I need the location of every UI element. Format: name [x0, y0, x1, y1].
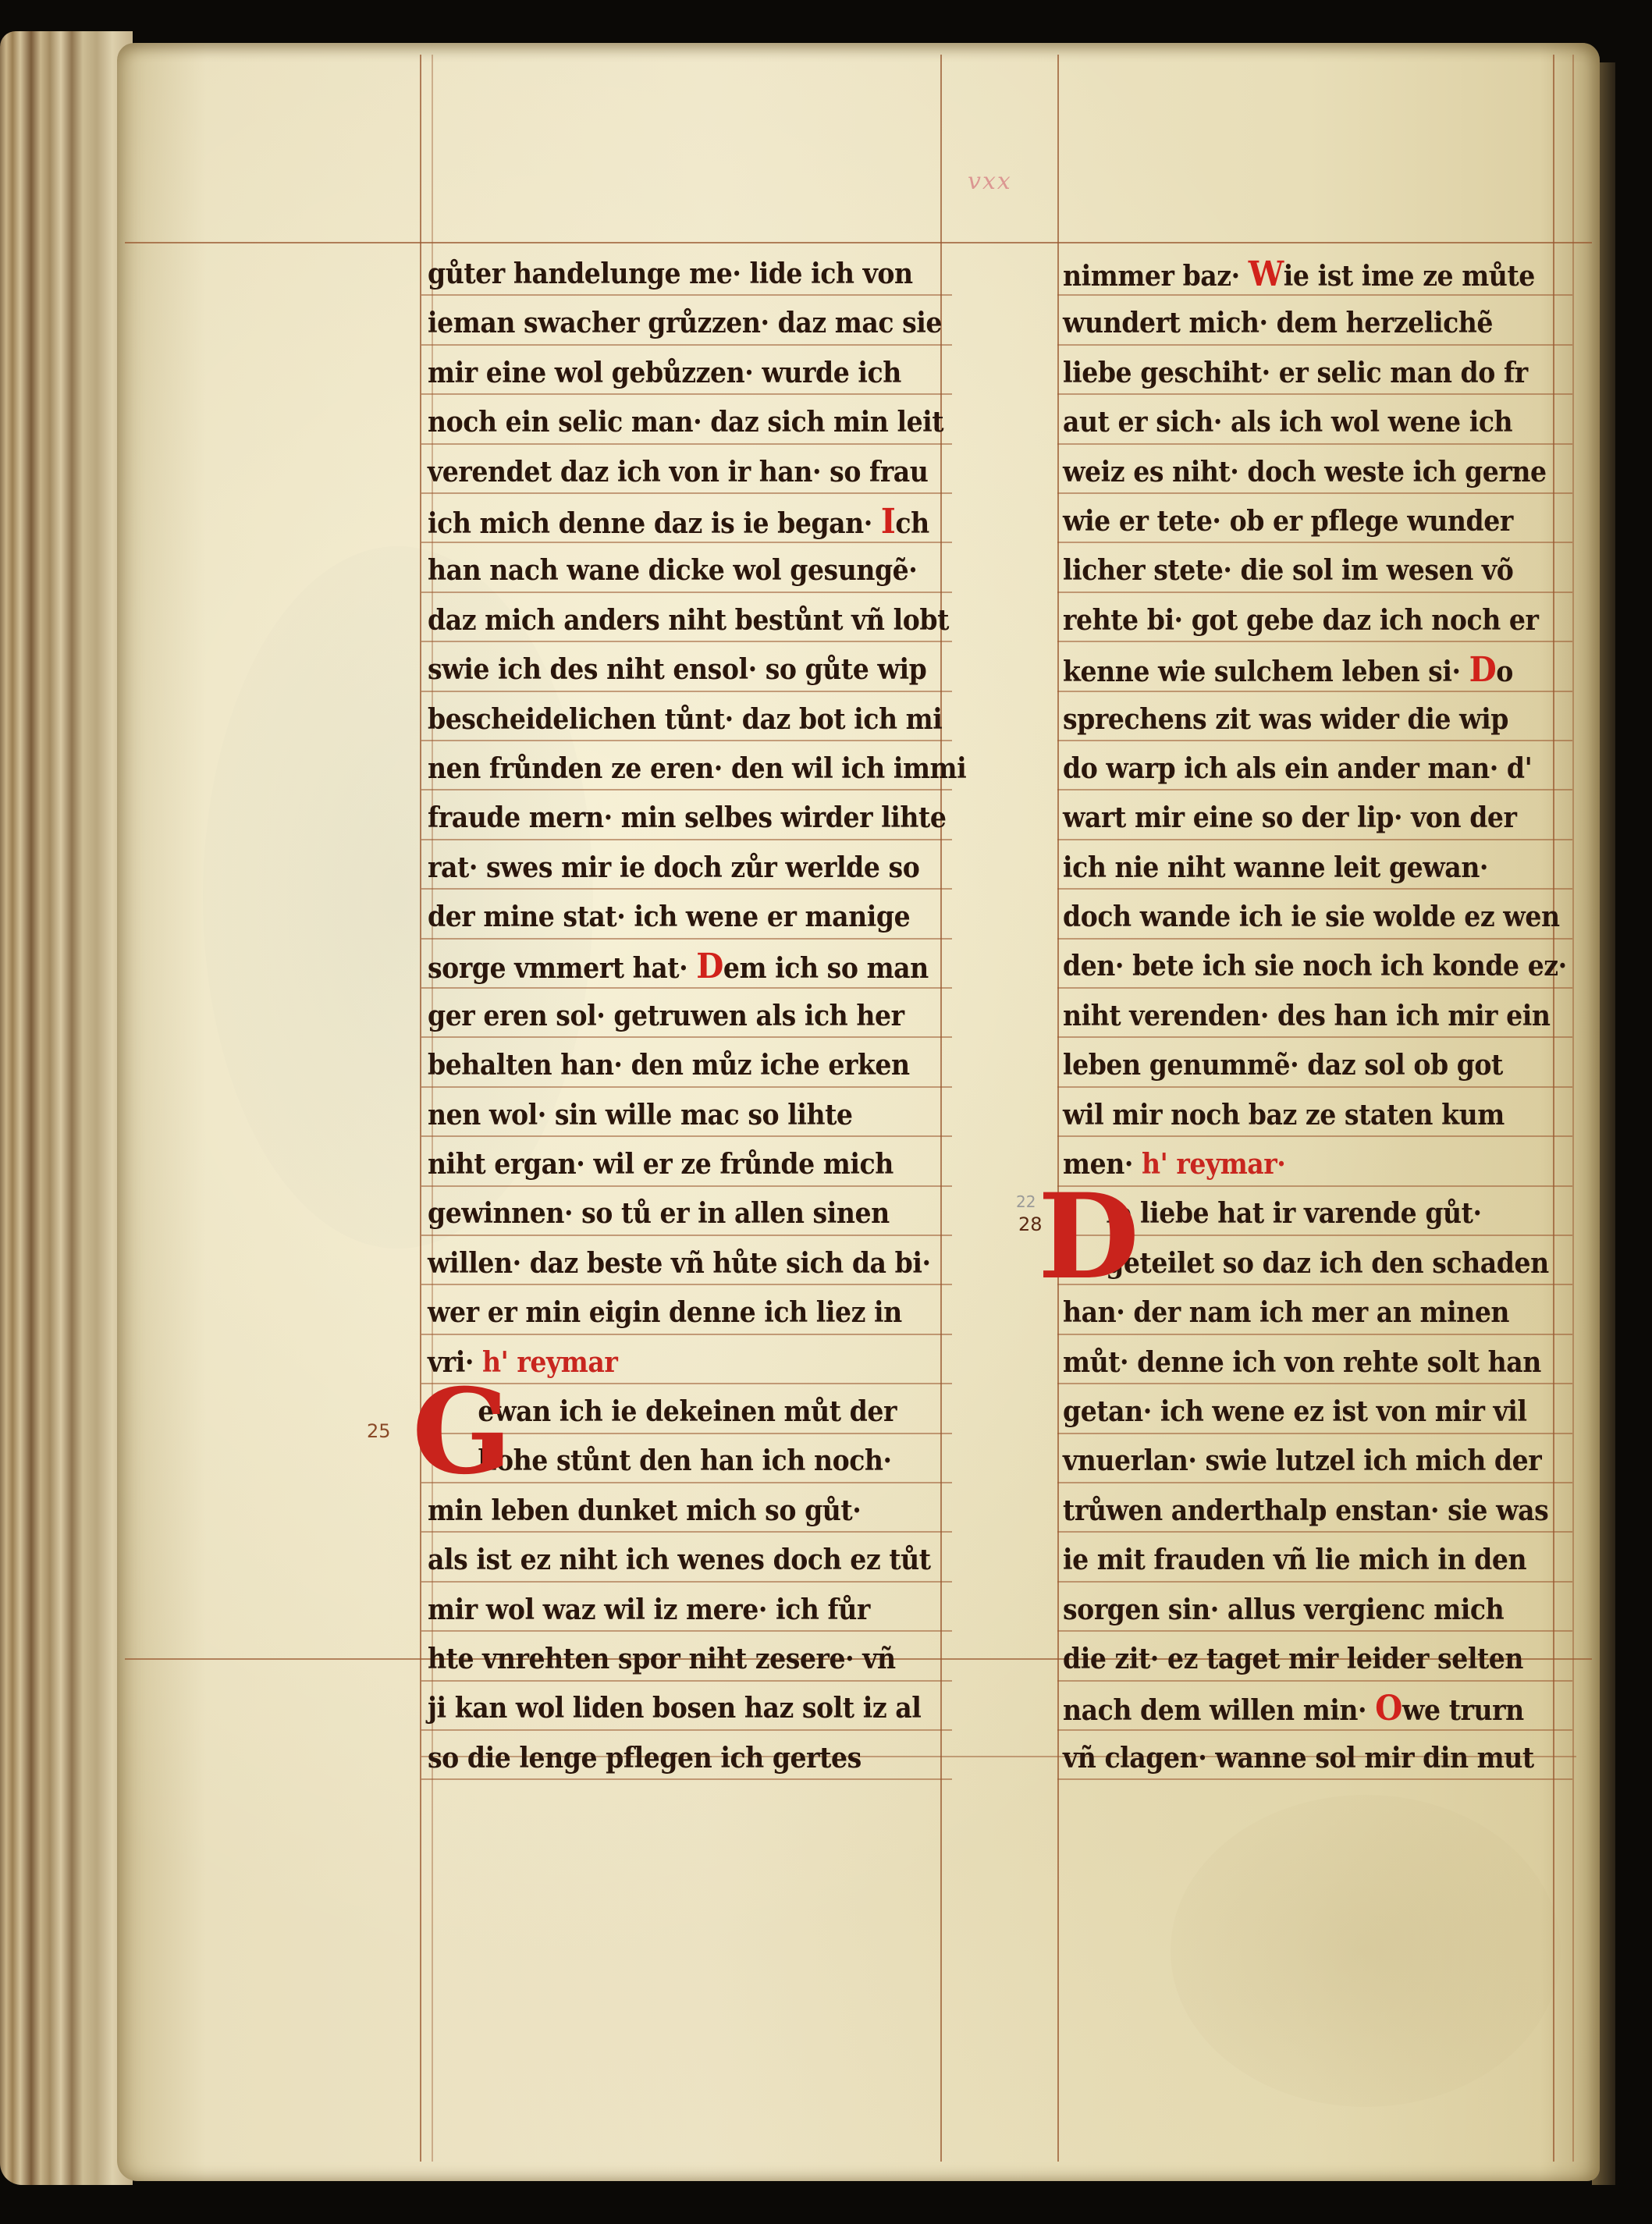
folio-number: vxx [968, 168, 1012, 195]
ruling-line-top [125, 242, 1592, 243]
line-text: aut er sich· als ich wol wene ich [1063, 406, 1512, 439]
manuscript-line: leben genummẽ· daz sol ob got [1063, 1041, 1558, 1090]
manuscript-line: rehte bi· got gebe daz ich noch er [1063, 596, 1558, 645]
line-text: vnuerlan· swie lutzel ich mich der [1063, 1444, 1541, 1477]
line-text: wer er min eigin denne ich liez in [428, 1296, 902, 1329]
line-text: wart mir eine so der lip· von der [1063, 801, 1516, 834]
line-text: trůwen anderthalp enstan· sie was [1063, 1494, 1548, 1527]
line-text: nimmer baz· [1063, 260, 1249, 293]
manuscript-line: ich nie niht wanne leit gewan· [1063, 844, 1558, 893]
manuscript-line: verendet daz ich von ir han· so frau [428, 448, 916, 497]
book-page-edges [0, 31, 133, 2185]
manuscript-line: hte vnrehten spor niht zesere· vñ [428, 1635, 916, 1684]
line-text: ger eren sol· getruwen als ich her [428, 1000, 904, 1032]
line-text: licher stete· die sol im wesen võ [1063, 554, 1513, 587]
line-text: wundert mich· dem herzelichẽ [1063, 307, 1493, 339]
rubricated-initial: O [1375, 1689, 1402, 1728]
manuscript-line: ger eren sol· getruwen als ich her [428, 992, 916, 1041]
line-text: ich nie niht wanne leit gewan· [1063, 851, 1488, 884]
line-text: vñ clagen· wanne sol mir din mut [1063, 1742, 1534, 1775]
manuscript-line: ich mich denne daz is ie began· Ich [428, 497, 916, 546]
manuscript-line: daz mich anders niht bestůnt vñ lobt [428, 596, 916, 645]
parchment-stain [1171, 1795, 1561, 2107]
manuscript-line: wart mir eine so der lip· von der [1063, 794, 1558, 843]
line-text: nen wol· sin wille mac so lihte [428, 1099, 853, 1132]
manuscript-line: trůwen anderthalp enstan· sie was [1063, 1487, 1558, 1536]
line-text: mir wol waz wil iz mere· ich fůr [428, 1593, 870, 1626]
line-text: fraude mern· min selbes wirder lihte [428, 801, 946, 834]
manuscript-line: kenne wie sulchem leben si· Do [1063, 645, 1558, 695]
line-text: rat· swes mir ie doch zůr werlde so [428, 851, 919, 884]
line-text: nen frůnden ze eren· den wil ich immi [428, 752, 966, 785]
manuscript-line: wer er min eigin denne ich liez in [428, 1288, 916, 1338]
line-text: die zit· ez taget mir leider selten [1063, 1643, 1523, 1675]
line-text: ieman swacher grůzzen· daz mac sie [428, 307, 942, 339]
line-text: gůter handelunge me· lide ich von [428, 258, 913, 290]
line-text: hte vnrehten spor niht zesere· vñ [428, 1643, 896, 1675]
line-text: leben genummẽ· daz sol ob got [1063, 1049, 1503, 1082]
manuscript-line: so die lenge pflegen ich gertes [428, 1734, 916, 1783]
line-text: han nach wane dicke wol gesungẽ· [428, 554, 917, 587]
manuscript-line: han nach wane dicke wol gesungẽ· [428, 546, 916, 595]
manuscript-line: můt· denne ich von rehte solt han [1063, 1338, 1558, 1387]
ruling-line-vertical [420, 55, 421, 2162]
rubricated-initial: W [1249, 254, 1284, 294]
manuscript-line: wie er tete· ob er pflege wunder [1063, 497, 1558, 546]
line-text: doch wande ich ie sie wolde ez wen [1063, 901, 1560, 933]
line-text: willen· daz beste vñ hůte sich da bi· [428, 1247, 931, 1280]
rubricated-initial: D [1469, 650, 1497, 690]
line-text: ch [895, 507, 929, 540]
manuscript-line: wil mir noch baz ze staten kum [1063, 1091, 1558, 1140]
right-column: nimmer baz· Wie ist ime ze můtewundert m… [1063, 250, 1601, 1783]
ruling-line-vertical [1057, 55, 1059, 2162]
manuscript-line: wundert mich· dem herzelichẽ [1063, 299, 1558, 348]
margin-note-pencil: 22 [1016, 1192, 1036, 1211]
decorated-initial-g: G [412, 1373, 512, 1490]
line-text: em ich so man [723, 952, 929, 985]
line-text: sorgen sin· allus vergienc mich [1063, 1593, 1504, 1626]
manuscript-line: getan· ich wene ez ist von mir vil [1063, 1387, 1558, 1437]
line-text: wil mir noch baz ze staten kum [1063, 1099, 1505, 1132]
line-text: als ist ez niht ich wenes doch ez tůt [428, 1544, 931, 1576]
manuscript-line: willen· daz beste vñ hůte sich da bi· [428, 1239, 916, 1288]
line-text: niht ergan· wil er ze frůnde mich [428, 1148, 894, 1181]
line-text: ie ist ime ze můte [1284, 260, 1535, 293]
line-text: liebe geschiht· er selic man do fr [1063, 357, 1528, 389]
line-text: so die lenge pflegen ich gertes [428, 1742, 862, 1775]
manuscript-line: fraude mern· min selbes wirder lihte [428, 794, 916, 843]
line-text: behalten han· den můz iche erken [428, 1049, 910, 1082]
line-text: ie liebe hat ir varende gůt· [1106, 1197, 1481, 1230]
line-text: verendet daz ich von ir han· so frau [428, 456, 928, 488]
line-text: ji kan wol liden bosen haz solt iz al [428, 1692, 921, 1725]
line-text: getan· ich wene ez ist von mir vil [1063, 1395, 1527, 1428]
manuscript-line: nen wol· sin wille mac so lihte [428, 1091, 916, 1140]
rubric-attribution: h' reymar· [1142, 1148, 1285, 1181]
manuscript-line: do warp ich als ein ander man· d' [1063, 744, 1558, 794]
manuscript-line: der mine stat· ich wene er manige [428, 893, 916, 942]
rubricated-initial: D [696, 947, 723, 986]
line-text: rehte bi· got gebe daz ich noch er [1063, 604, 1539, 637]
manuscript-line: mir wol waz wil iz mere· ich fůr [428, 1586, 916, 1635]
line-text: gewinnen· so tů er in allen sinen [428, 1197, 890, 1230]
margin-note-ink: 28 [1018, 1213, 1043, 1235]
manuscript-line: rat· swes mir ie doch zůr werlde so [428, 844, 916, 893]
line-text: geteilet so daz ich den schaden [1106, 1247, 1548, 1280]
manuscript-line: vñ clagen· wanne sol mir din mut [1063, 1734, 1558, 1783]
manuscript-line: liebe geschiht· er selic man do fr [1063, 349, 1558, 398]
line-text: o [1496, 655, 1513, 688]
manuscript-line: swie ich des niht ensol· so gůte wip [428, 645, 916, 695]
manuscript-line: nen frůnden ze eren· den wil ich immi [428, 744, 916, 794]
line-text: weiz es niht· doch weste ich gerne [1063, 456, 1547, 488]
manuscript-line: nach dem willen min· Owe trurn [1063, 1684, 1558, 1733]
line-text: můt· denne ich von rehte solt han [1063, 1346, 1541, 1379]
manuscript-line: doch wande ich ie sie wolde ez wen [1063, 893, 1558, 942]
manuscript-line: als ist ez niht ich wenes doch ez tůt [428, 1536, 916, 1585]
line-text: nach dem willen min· [1063, 1694, 1375, 1727]
rubricated-initial: I [881, 502, 895, 542]
line-text: daz mich anders niht bestůnt vñ lobt [428, 604, 949, 637]
line-text: der mine stat· ich wene er manige [428, 901, 910, 933]
manuscript-line: noch ein selic man· daz sich min leit [428, 398, 916, 447]
manuscript-line: gůter handelunge me· lide ich von [428, 250, 916, 299]
manuscript-line: aut er sich· als ich wol wene ich [1063, 398, 1558, 447]
decorated-initial-d: D [1038, 1178, 1139, 1295]
line-text: ewan ich ie dekeinen můt der [478, 1395, 897, 1428]
manuscript-line: licher stete· die sol im wesen võ [1063, 546, 1558, 595]
line-text: swie ich des niht ensol· so gůte wip [428, 653, 926, 686]
line-text: noch ein selic man· daz sich min leit [428, 406, 943, 439]
manuscript-line: sorge vmmert hat· Dem ich so man [428, 942, 916, 991]
line-text: ich mich denne daz is ie began· [428, 507, 881, 540]
manuscript-line: nimmer baz· Wie ist ime ze můte [1063, 250, 1558, 299]
line-text: sorge vmmert hat· [428, 952, 696, 985]
line-text: do warp ich als ein ander man· d' [1063, 752, 1532, 785]
line-text: den· bete ich sie noch ich konde ez· [1063, 950, 1567, 982]
manuscript-line: mir eine wol gebůzzen· wurde ich [428, 349, 916, 398]
manuscript-line: niht verenden· des han ich mir ein [1063, 992, 1558, 1041]
line-text: niht verenden· des han ich mir ein [1063, 1000, 1550, 1032]
left-column-lines: gůter handelunge me· lide ich vonieman s… [428, 250, 958, 1783]
right-column-lines: nimmer baz· Wie ist ime ze můtewundert m… [1063, 250, 1601, 1783]
manuscript-line: niht ergan· wil er ze frůnde mich [428, 1140, 916, 1189]
manuscript-line: die zit· ez taget mir leider selten [1063, 1635, 1558, 1684]
line-text: sprechens zit was wider die wip [1063, 703, 1508, 736]
line-text: ie mit frauden vñ lie mich in den [1063, 1544, 1526, 1576]
manuscript-line: ieman swacher grůzzen· daz mac sie [428, 299, 916, 348]
manuscript-line: ji kan wol liden bosen haz solt iz al [428, 1684, 916, 1733]
margin-note-left: 25 [367, 1420, 391, 1442]
manuscript-line: sprechens zit was wider die wip [1063, 695, 1558, 744]
manuscript-line: sorgen sin· allus vergienc mich [1063, 1586, 1558, 1635]
manuscript-line: gewinnen· so tů er in allen sinen [428, 1189, 916, 1238]
line-text: we trurn [1402, 1694, 1524, 1727]
manuscript-line: behalten han· den můz iche erken [428, 1041, 916, 1090]
line-text: bescheidelichen tůnt· daz bot ich mi [428, 703, 942, 736]
manuscript-line: vnuerlan· swie lutzel ich mich der [1063, 1437, 1558, 1486]
line-text: kenne wie sulchem leben si· [1063, 655, 1469, 688]
left-column: gůter handelunge me· lide ich vonieman s… [428, 250, 958, 1783]
manuscript-line: bescheidelichen tůnt· daz bot ich mi [428, 695, 916, 744]
line-text: wie er tete· ob er pflege wunder [1063, 505, 1513, 538]
line-text: hohe stůnt den han ich noch· [478, 1444, 891, 1477]
manuscript-line: weiz es niht· doch weste ich gerne [1063, 448, 1558, 497]
manuscript-line: ie mit frauden vñ lie mich in den [1063, 1536, 1558, 1585]
line-text: mir eine wol gebůzzen· wurde ich [428, 357, 901, 389]
manuscript-line: den· bete ich sie noch ich konde ez· [1063, 942, 1558, 991]
